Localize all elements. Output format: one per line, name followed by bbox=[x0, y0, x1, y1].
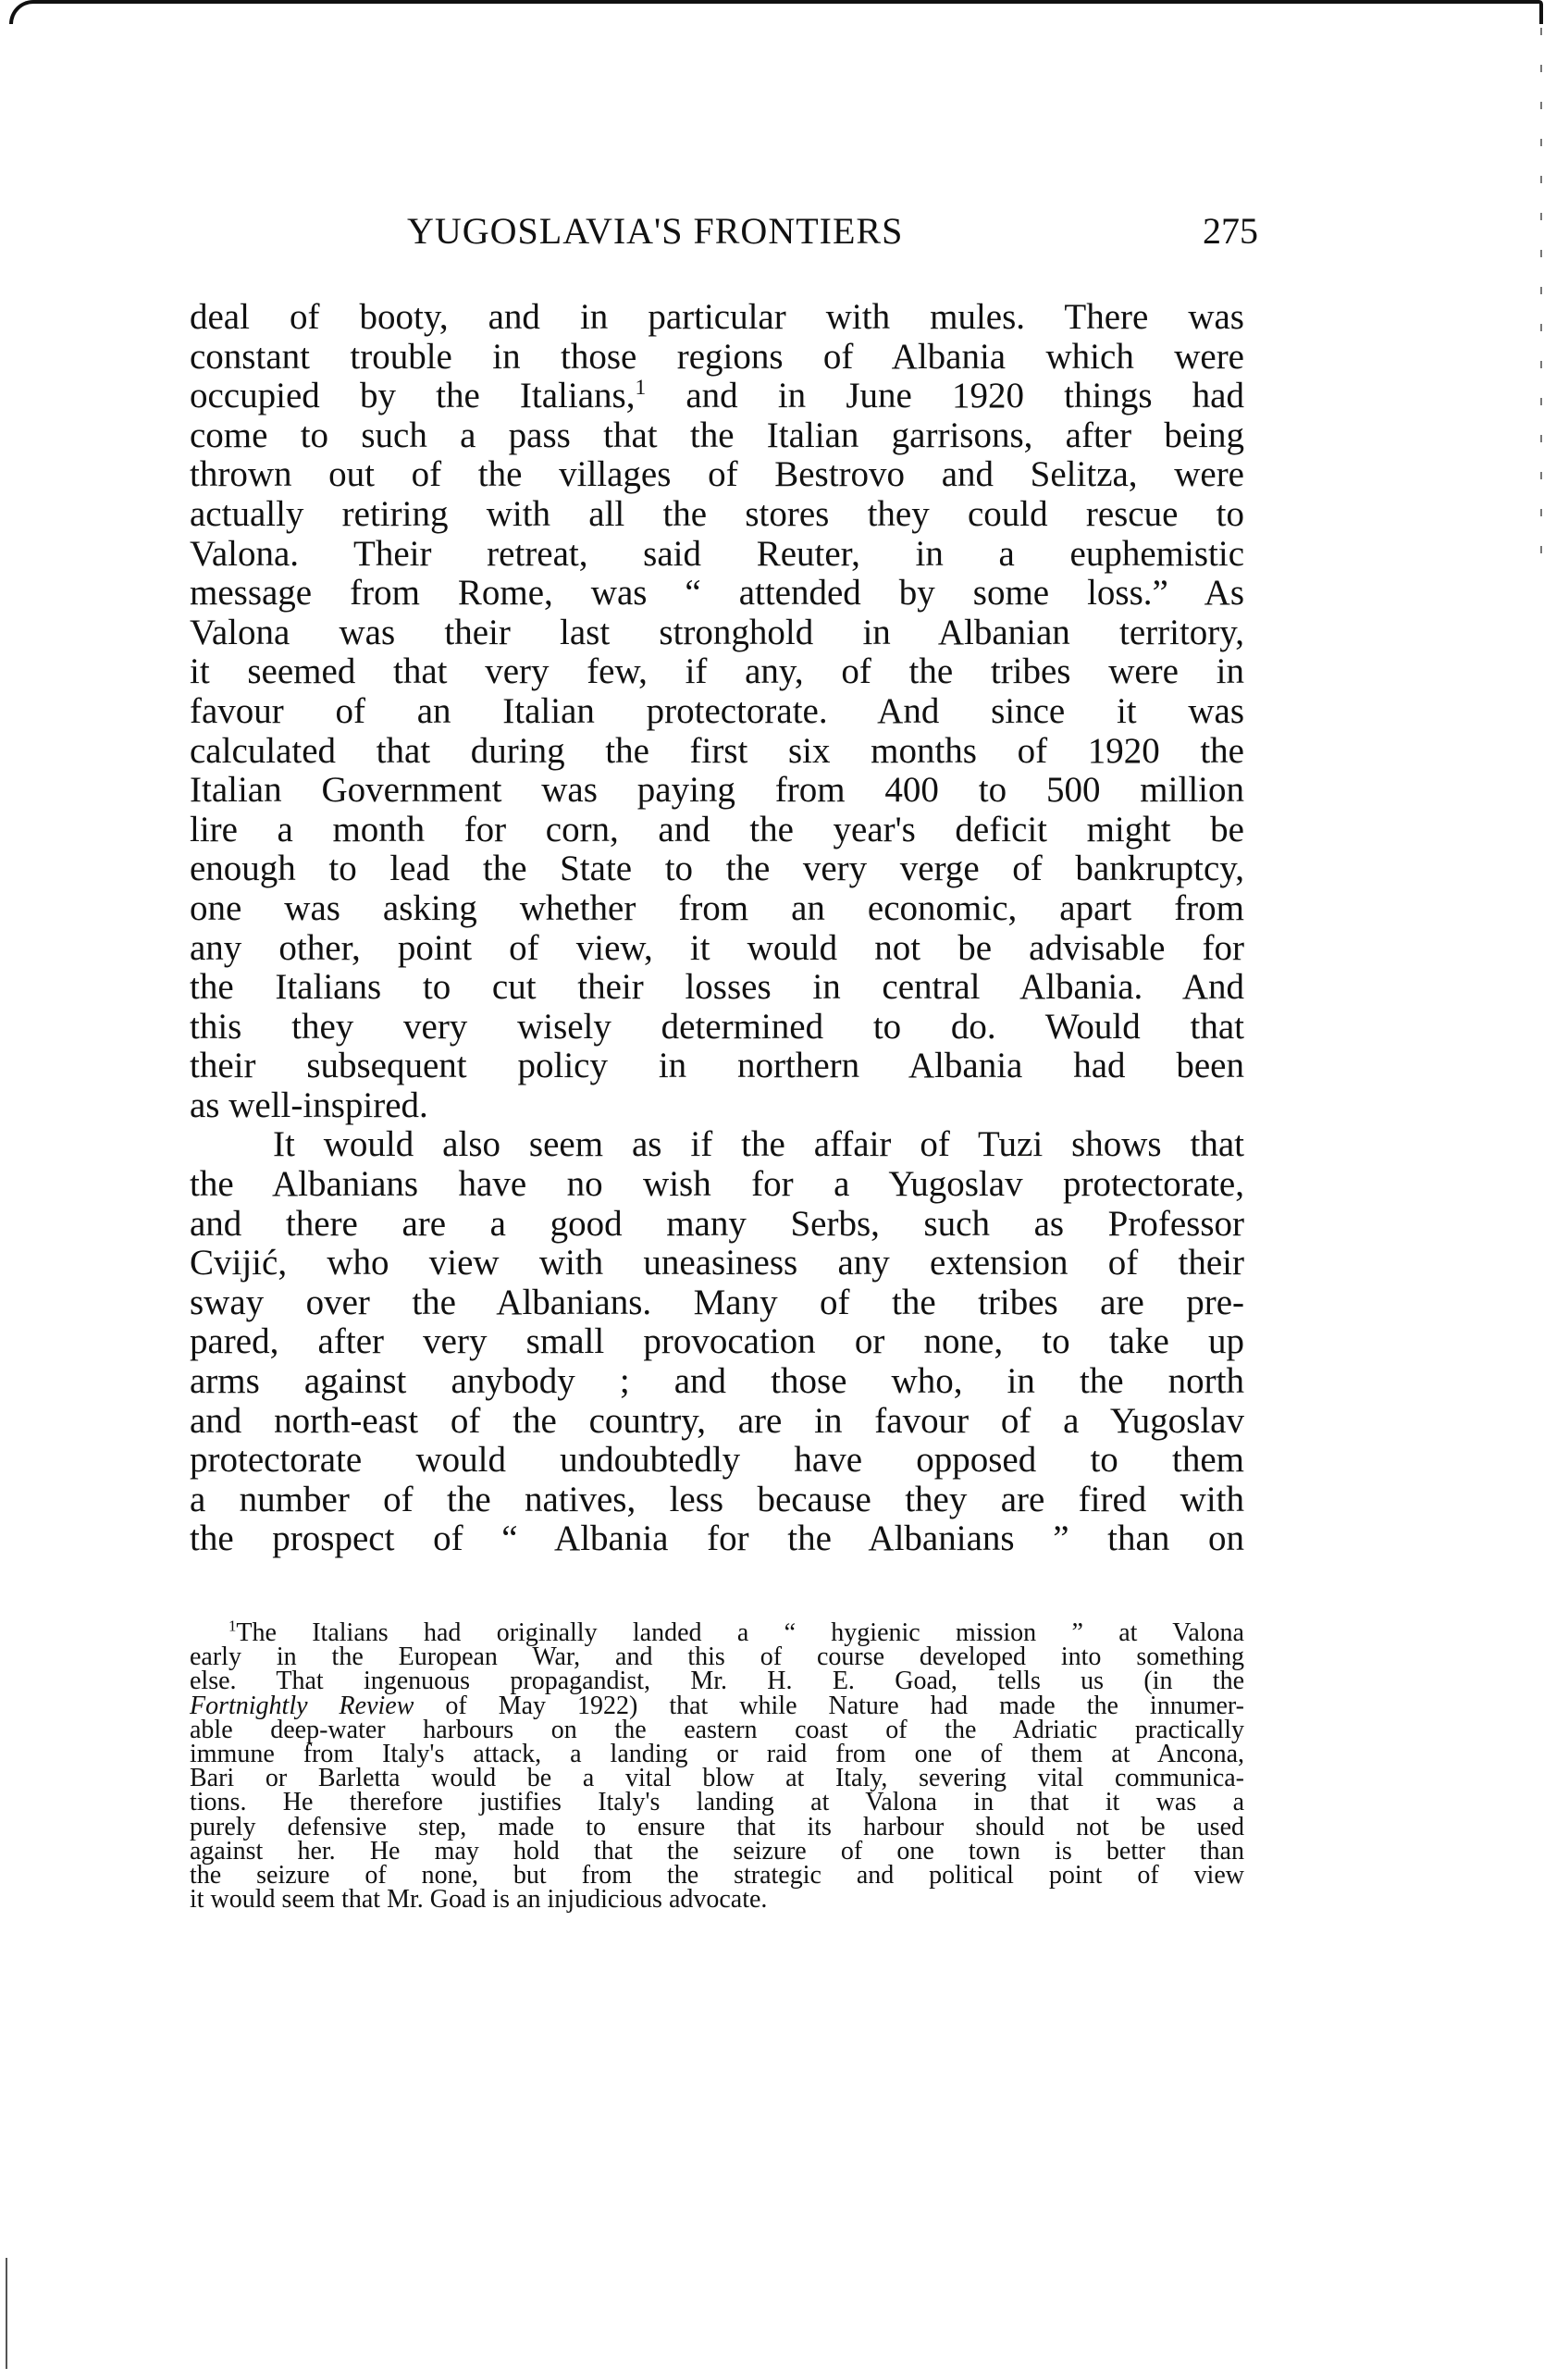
text-line: the prospect of “ Albania for the Albani… bbox=[190, 1519, 1244, 1559]
text-line: protectorate would undoubtedly have oppo… bbox=[190, 1441, 1244, 1481]
text-line: and north-east of the country, are in fa… bbox=[190, 1402, 1244, 1442]
text-fragment: and in June 1920 things had bbox=[646, 376, 1244, 415]
running-header: YUGOSLAVIA'S FRONTIERS 275 bbox=[407, 209, 1258, 255]
paragraph-start-line: It would also seem as if the affair of T… bbox=[190, 1125, 1244, 1165]
text-line: lire a month for corn, and the year's de… bbox=[190, 811, 1244, 850]
footnote-line: purely defensive step, made to ensure th… bbox=[190, 1816, 1244, 1840]
text-line: as well-inspired. bbox=[190, 1086, 1244, 1126]
page-number: 275 bbox=[1203, 209, 1258, 253]
text-line: enough to lead the State to the very ver… bbox=[190, 849, 1244, 889]
text-line: this they very wisely determined to do. … bbox=[190, 1008, 1244, 1047]
text-line: one was asking whether from an economic,… bbox=[190, 889, 1244, 929]
body-text: deal of booty, and in particular with mu… bbox=[190, 298, 1244, 1559]
text-line: deal of booty, and in particular with mu… bbox=[190, 298, 1244, 338]
text-fragment: occupied by the Italians, bbox=[190, 376, 635, 415]
text-line: favour of an Italian protectorate. And s… bbox=[190, 692, 1244, 732]
text-line: message from Rome, was “ attended by som… bbox=[190, 574, 1244, 614]
running-title: YUGOSLAVIA'S FRONTIERS bbox=[407, 209, 903, 253]
text-line: pared, after very small provocation or n… bbox=[190, 1322, 1244, 1362]
scan-page-edge bbox=[9, 0, 1543, 24]
text-line: the Italians to cut their losses in cent… bbox=[190, 968, 1244, 1008]
text-line: Valona was their last stronghold in Alba… bbox=[190, 614, 1244, 653]
text-line: come to such a pass that the Italian gar… bbox=[190, 416, 1244, 456]
footnote-line: Fortnightly Review of May 1922) that whi… bbox=[190, 1694, 1244, 1718]
text-line: and there are a good many Serbs, such as… bbox=[190, 1205, 1244, 1245]
scan-binding-edge bbox=[1540, 28, 1542, 583]
text-line: thrown out of the villages of Bestrovo a… bbox=[190, 455, 1244, 495]
text-line: Cvijić, who view with uneasiness any ext… bbox=[190, 1244, 1244, 1283]
footnote: 1The Italians had originally landed a “ … bbox=[190, 1621, 1244, 1912]
text-line: a number of the natives, less because th… bbox=[190, 1481, 1244, 1520]
text-line: the Albanians have no wish for a Yugosla… bbox=[190, 1165, 1244, 1205]
text-line: actually retiring with all the stores th… bbox=[190, 495, 1244, 535]
scan-margin-mark bbox=[6, 2258, 7, 2369]
text-line: occupied by the Italians,1 and in June 1… bbox=[190, 377, 1244, 416]
footnote-reference[interactable]: 1 bbox=[635, 376, 646, 400]
text-line: calculated that during the first six mon… bbox=[190, 732, 1244, 772]
text-line: their subsequent policy in northern Alba… bbox=[190, 1047, 1244, 1086]
text-line: any other, point of view, it would not b… bbox=[190, 929, 1244, 969]
footnote-line: it would seem that Mr. Goad is an injudi… bbox=[190, 1888, 1244, 1912]
footnote-line: tions. He therefore justifies Italy's la… bbox=[190, 1791, 1244, 1815]
text-line: arms against anybody ; and those who, in… bbox=[190, 1362, 1244, 1402]
text-line: sway over the Albanians. Many of the tri… bbox=[190, 1283, 1244, 1323]
text-line: constant trouble in those regions of Alb… bbox=[190, 338, 1244, 378]
text-line: Italian Government was paying from 400 t… bbox=[190, 771, 1244, 811]
text-line: Valona. Their retreat, said Reuter, in a… bbox=[190, 535, 1244, 575]
text-line: it seemed that very few, if any, of the … bbox=[190, 652, 1244, 692]
